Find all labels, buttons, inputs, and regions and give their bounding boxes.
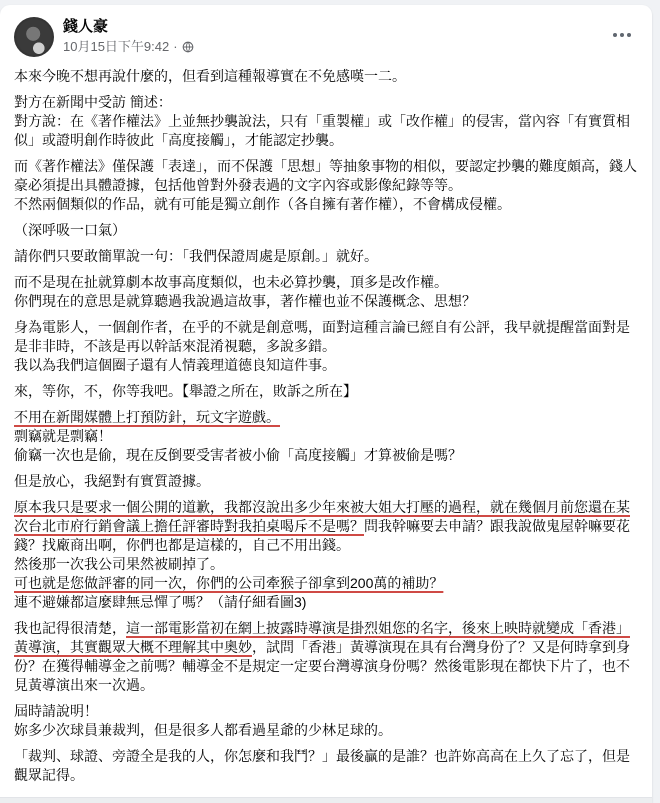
meta-separator: · [173, 39, 177, 55]
post-paragraph: 對方在新聞中受訪 簡述： 對方說：在《著作權法》上並無抄襲說法，只有「重製權」或… [14, 93, 638, 150]
post-paragraph: 但是放心，我絕對有實質證據。 [14, 472, 638, 491]
more-options-button[interactable] [606, 19, 638, 51]
header-meta: 錢人豪 10月15日下午9:42 · [63, 17, 606, 55]
ellipsis-icon [613, 33, 631, 37]
post-meta-line: 10月15日下午9:42 · [63, 39, 606, 55]
post-paragraph: 來，等你，不，你等我吧。【舉證之所在，敗訴之所在】 [14, 382, 638, 401]
post-paragraph: 「裁判、球證、旁證全是我的人，你怎麼和我鬥？」最後贏的是誰？也許妳高高在上久了忘… [14, 747, 638, 785]
post-paragraph: 而不是現在扯就算劇本故事高度類似，也未必算抄襲，頂多是改作權。 你們現在的意思是… [14, 273, 638, 311]
author-name[interactable]: 錢人豪 [63, 17, 606, 36]
post-paragraph: 本來今晚不想再說什麼的，但看到這種報導實在不免感嘆一二。 [14, 67, 638, 86]
red-underline-annotation: 可也就是您做評審的同一次，你們的公司牽猴子卻拿到200萬的補助？ [14, 575, 443, 591]
post-header: 錢人豪 10月15日下午9:42 · [0, 5, 652, 65]
post-paragraph: 我也記得很清楚，這一部電影當初在網上披露時導演是掛烈姐您的名字，後來上映時就變成… [14, 619, 638, 695]
post-body: 本來今晚不想再說什麼的，但看到這種報導實在不免感嘆一二。對方在新聞中受訪 簡述：… [0, 65, 652, 785]
timestamp[interactable]: 10月15日下午9:42 [63, 39, 169, 55]
post-paragraph: （深呼吸一口氣） [14, 221, 638, 240]
post-paragraph: 不用在新聞媒體上打預防針，玩文字遊戲。 剽竊就是剽竊！ 偷竊一次也是偷，現在反倒… [14, 408, 638, 465]
post-paragraph: 屆時請說明！ 妳多少次球員兼裁判，但是很多人都看過星爺的少林足球的。 [14, 702, 638, 740]
photo-attachment-top-edge[interactable] [0, 797, 652, 803]
post-card: 錢人豪 10月15日下午9:42 · 本來今晚不想再說什麼的，但看到這種報導實在… [0, 5, 652, 803]
red-underline-annotation: 不用在新聞媒體上打預防針，玩文字遊戲。 [14, 409, 280, 425]
post-paragraph: 而《著作權法》僅保護「表達」，而不保護「思想」等抽象事物的相似，要認定抄襲的難度… [14, 157, 638, 214]
post-paragraph: 請你們只要敢簡單說一句：「我們保證周處是原創。」就好。 [14, 247, 638, 266]
post-paragraph: 身為電影人，一個創作者，在乎的不就是創意嗎，面對這種言論已經自有公評，我早就提醒… [14, 318, 638, 375]
globe-icon [182, 41, 194, 53]
post-paragraph: 原本我只是要求一個公開的道歉，我都沒說出多少年來被大姐大打壓的過程，就在幾個月前… [14, 498, 638, 612]
avatar[interactable] [14, 17, 54, 57]
